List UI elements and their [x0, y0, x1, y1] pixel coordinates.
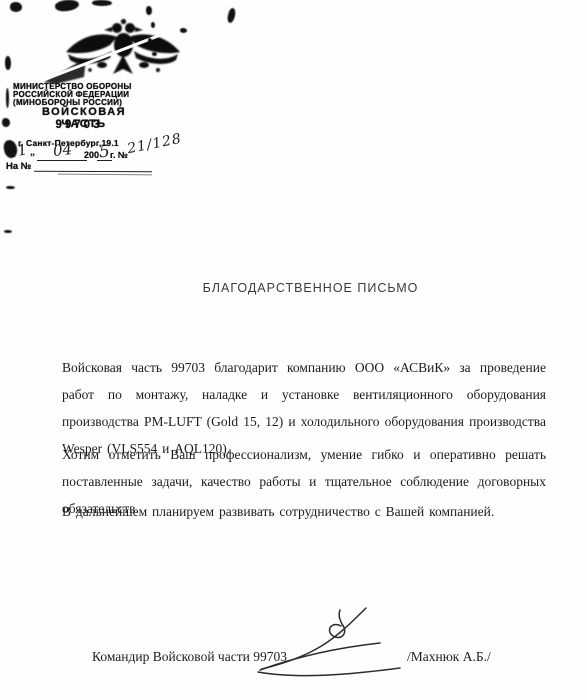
scan-noise-mark	[5, 56, 11, 70]
reply-to-underline-2	[58, 174, 152, 176]
letterhead-stamp: МИНИСТЕРСТВО ОБОРОНЫ РОССИЙСКОЙ ФЕДЕРАЦИ…	[0, 0, 250, 200]
number-label: г. №	[110, 150, 128, 160]
year-printed: 200	[84, 150, 99, 160]
signatory-name: /Махнюк А.Б./	[407, 649, 491, 665]
reply-to-underline	[34, 171, 152, 173]
quote-mark: „	[30, 147, 35, 158]
scan-noise-mark	[180, 28, 187, 33]
scanned-letter-page: МИНИСТЕРСТВО ОБОРОНЫ РОССИЙСКОЙ ФЕДЕРАЦИ…	[0, 0, 587, 700]
body-paragraph-3: В дальнейшем планируем развивать сотрудн…	[62, 498, 546, 525]
scan-noise-mark	[6, 88, 9, 108]
scan-noise-mark	[2, 118, 10, 127]
scan-noise-mark	[146, 6, 152, 15]
signature-scribble	[248, 604, 408, 678]
scan-noise-mark	[54, 0, 79, 13]
scan-noise-mark	[10, 2, 22, 12]
scan-noise-mark	[152, 52, 157, 56]
handwritten-month: 04	[52, 140, 73, 160]
handwritten-year-digit: 5	[98, 142, 110, 163]
scan-noise-mark	[92, 0, 112, 6]
handwritten-doc-number: 21/128	[126, 131, 183, 157]
month-underline	[37, 160, 87, 161]
scan-noise-mark	[151, 22, 155, 28]
ministry-lines: МИНИСТЕРСТВО ОБОРОНЫ РОССИЙСКОЙ ФЕДЕРАЦИ…	[13, 83, 145, 107]
scan-noise-mark	[4, 230, 12, 233]
reply-to-label: На №	[6, 161, 31, 172]
letter-title: БЛАГОДАРСТВЕННОЕ ПИСЬМО	[0, 281, 587, 295]
scan-noise-mark	[6, 186, 15, 189]
scan-noise-mark	[148, 38, 152, 43]
scan-noise-mark	[226, 7, 236, 23]
military-unit-number: 99703	[24, 119, 134, 131]
